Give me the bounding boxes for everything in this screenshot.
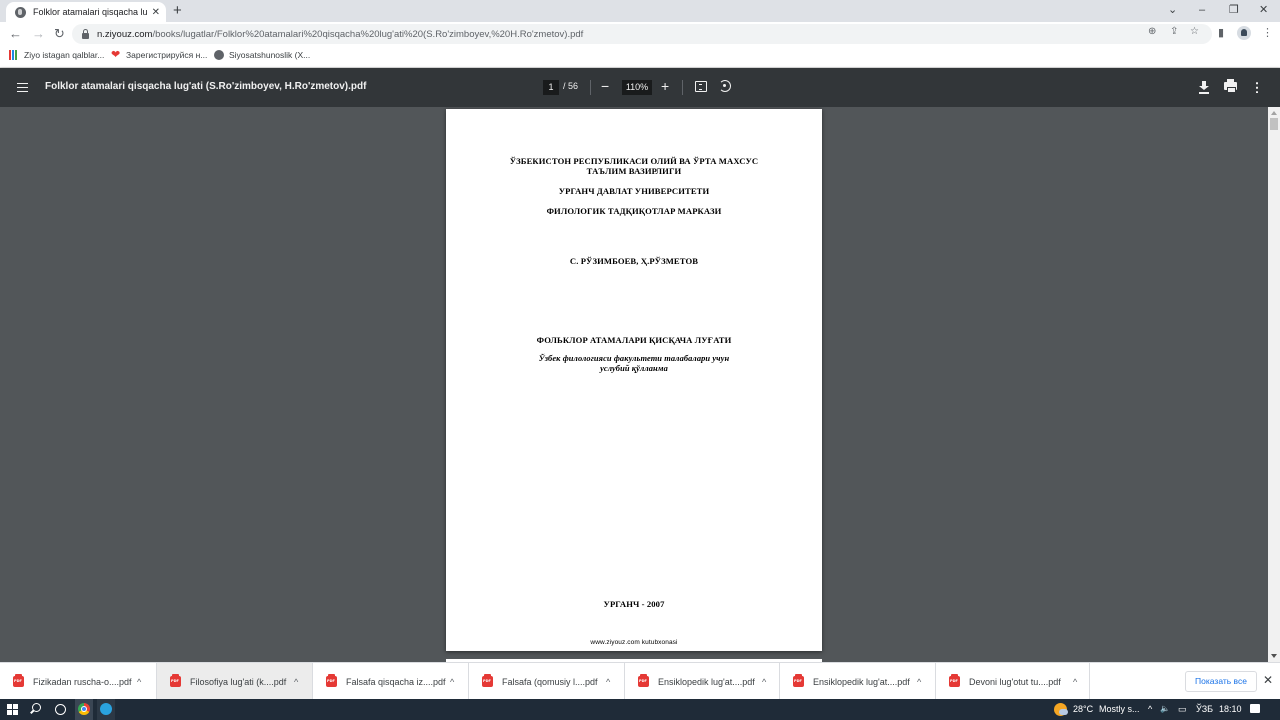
bookmarks-bar: Ziyo istagan qalblar... ❤ Зарегистрируйс… [0,46,1280,68]
subtitle-line-2: услубий қўлланма [446,364,822,373]
window-close-button[interactable]: ✕ [1259,2,1268,18]
chevron-up-icon[interactable]: ^ [294,677,298,687]
pdf-title: Folklor atamalari qisqacha lug'ati (S.Ro… [45,81,366,92]
weather-icon[interactable] [1054,703,1067,716]
browser-toolbar: ← → ↻ n.ziyouz.com/books/lugatlar/Folklo… [0,22,1280,46]
taskbar-telegram[interactable] [97,699,115,720]
address-bar[interactable]: n.ziyouz.com/books/lugatlar/Folklor%20at… [72,24,1212,44]
notification-icon[interactable] [1250,704,1260,713]
show-all-downloads-button[interactable]: Показать все [1185,671,1257,692]
download-icon-base [1199,92,1209,94]
telegram-icon [100,703,112,715]
print-icon[interactable] [1224,82,1237,90]
battery-icon[interactable]: ▭ [1178,704,1187,715]
download-item[interactable]: Falsafa qisqacha iz....pdf ^ [313,663,469,700]
new-tab-button[interactable]: + [173,2,182,20]
tray-chevron-icon[interactable]: ^ [1148,704,1152,714]
page-total: / 56 [563,81,578,91]
page-number-input[interactable]: 1 [543,80,559,95]
pdf-page: ЎЗБЕКИСТОН РЕСПУБЛИКАСИ ОЛИЙ ВА ЎРТА МАХ… [446,109,822,651]
tab-strip: Folklor atamalari qisqacha lug'ati ✕ + ⌄… [0,0,1280,22]
bookmark-item[interactable]: Ziyo istagan qalblar... [9,50,104,60]
chevron-up-icon[interactable]: ^ [762,677,766,687]
authors: С. РЎЗИМБОЕВ, Ҳ.РЎЗМЕТОВ [446,256,822,266]
scroll-thumb[interactable] [1270,118,1278,130]
bookmark-star-icon[interactable]: ☆ [1190,26,1199,37]
profile-avatar[interactable] [1237,26,1251,40]
place-year: УРГАНЧ - 2007 [446,599,822,609]
share-icon[interactable]: ⇪ [1170,26,1178,37]
fit-to-page-icon[interactable] [695,81,707,92]
download-item[interactable]: Falsafa (qomusiy l....pdf ^ [469,663,625,700]
taskbar-chrome[interactable] [75,699,93,720]
reload-button[interactable]: ↻ [54,25,65,43]
download-item[interactable]: Ensiklopedik lug'at....pdf ^ [625,663,780,700]
globe-icon [214,50,224,60]
tab-title: Folklor atamalari qisqacha lug'ati [33,7,147,17]
pdf-viewer-area[interactable]: ЎЗБЕКИСТОН РЕСПУБЛИКАСИ ОЛИЙ ВА ЎРТА МАХ… [0,107,1268,662]
hamburger-menu-icon[interactable] [17,83,28,92]
weather-text[interactable]: Mostly s... [1099,704,1140,714]
clock[interactable]: 18:10 [1219,704,1242,714]
pdf-file-icon [170,676,181,687]
university-name: УРГАНЧ ДАВЛАТ УНИВЕРСИТЕТИ [446,186,822,196]
url-text[interactable]: n.ziyouz.com/books/lugatlar/Folklor%20at… [97,29,583,40]
chevron-up-icon[interactable]: ^ [1073,677,1077,687]
search-icon[interactable] [32,703,41,712]
forward-button[interactable]: → [32,25,45,43]
cortana-icon[interactable] [55,704,66,715]
tab-close-icon[interactable]: ✕ [152,7,160,18]
chevron-up-icon[interactable]: ^ [917,677,921,687]
minimize-button[interactable]: – [1199,2,1205,18]
divider [590,80,591,95]
pdf-file-icon [949,676,960,687]
subtitle-line-1: Ўзбек филологияси факультети талабалари … [446,354,822,363]
scroll-down-arrow[interactable] [1271,654,1277,658]
heart-icon: ❤ [111,50,121,60]
book-title: ФОЛЬКЛОР АТАМАЛАРИ ҚИСҚАЧА ЛУҒАТИ [446,335,822,345]
divider [682,80,683,95]
chevron-up-icon[interactable]: ^ [606,677,610,687]
zoom-level-input[interactable]: 110% [622,80,652,95]
download-item[interactable]: Devoni lug'otut tu....pdf ^ [936,663,1090,700]
tab-search-button[interactable]: ⌄ [1168,2,1177,18]
zoom-out-button[interactable]: − [601,77,609,95]
windows-start-icon[interactable] [7,704,18,715]
pdf-file-icon [638,676,649,687]
scroll-up-arrow[interactable] [1271,111,1277,115]
chevron-up-icon[interactable]: ^ [137,677,141,687]
download-shelf: Fizikadan ruscha-o....pdf ^ Filosofiya l… [0,662,1280,699]
chevron-up-icon[interactable]: ^ [450,677,454,687]
zoom-in-button[interactable]: + [661,77,669,95]
pdf-file-icon [793,676,804,687]
side-panel-icon[interactable]: ▮ [1218,26,1224,39]
ministry-line-2: ТАЪЛИМ ВАЗИРЛИГИ [446,166,822,176]
close-shelf-icon[interactable]: ✕ [1263,673,1273,687]
windows-taskbar: 28°C Mostly s... ^ 🔈 ▭ ЎЗБ 18:10 [0,699,1280,720]
browser-tab[interactable]: Folklor atamalari qisqacha lug'ati ✕ [6,2,166,22]
vertical-scrollbar[interactable] [1268,107,1280,662]
chrome-icon [78,703,90,715]
weather-temp[interactable]: 28°C [1073,704,1093,714]
rotate-icon[interactable] [719,80,731,92]
back-button[interactable]: ← [9,25,22,43]
download-item[interactable]: Fizikadan ruscha-o....pdf ^ [0,663,157,700]
lock-icon[interactable] [82,33,89,39]
ministry-line-1: ЎЗБЕКИСТОН РЕСПУБЛИКАСИ ОЛИЙ ВА ЎРТА МАХ… [446,156,822,166]
bookmark-item[interactable]: ❤ Зарегистрируйся н... [111,50,207,60]
pdf-file-icon [482,676,493,687]
zoom-icon[interactable]: ⊕ [1148,26,1156,37]
center-name: ФИЛОЛОГИК ТАДҚИҚОТЛАР МАРКАЗИ [446,206,822,216]
pdf-toolbar: Folklor atamalari qisqacha lug'ati (S.Ro… [0,68,1280,107]
language-indicator[interactable]: ЎЗБ [1196,704,1213,714]
globe-icon [15,7,26,18]
download-item[interactable]: Filosofiya lug'ati (k....pdf ^ [157,663,313,700]
more-actions-icon[interactable] [1256,81,1258,93]
volume-icon[interactable]: 🔈 [1160,704,1170,713]
pdf-file-icon [326,676,337,687]
download-item[interactable]: Ensiklopedik lug'at....pdf ^ [780,663,936,700]
browser-menu-icon[interactable]: ⋮ [1262,26,1273,39]
page-footer: www.ziyouz.com kutubxonasi [446,639,822,646]
bars-icon [9,50,19,60]
pdf-file-icon [13,676,24,687]
restore-button[interactable]: ❐ [1229,2,1239,18]
bookmark-item[interactable]: Siyosatshunoslik (X... [214,50,310,60]
